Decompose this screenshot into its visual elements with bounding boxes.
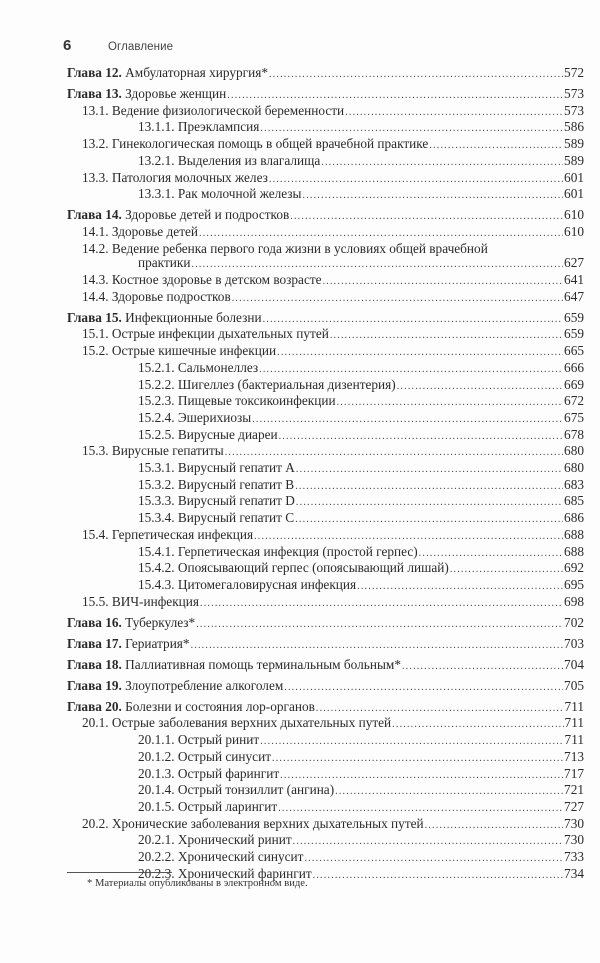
dot-leader	[260, 735, 563, 750]
toc-entry-title: 14.1. Здоровье детей	[82, 224, 198, 239]
toc-entry-title: 20.1.1. Острый ринит	[138, 732, 259, 747]
dot-leader	[199, 227, 563, 242]
chapter-label: Глава 15.	[67, 310, 122, 325]
toc-entry-page: 717	[564, 767, 584, 782]
toc-entry[interactable]: 14.1. Здоровье детей610	[67, 225, 584, 242]
toc-entry-title-wrap: 20.1.5. Острый ларингит	[138, 800, 277, 815]
toc-entry-page: 610	[564, 225, 584, 240]
toc-entry-title: Туберкулез*	[125, 615, 195, 630]
toc-entry-title: 15.4.3. Цитомегаловирусная инфекция	[138, 577, 356, 592]
toc-entry-title: 15.4.1. Герпетическая инфекция (простой …	[138, 544, 418, 559]
toc-entry-page: 610	[564, 208, 584, 223]
toc-entry-page: 711	[565, 700, 584, 715]
toc-entry-page: 572	[564, 66, 584, 81]
chapter-label: Глава 17.	[67, 636, 122, 651]
page-header: 6 Оглавление	[63, 37, 173, 53]
dot-leader	[279, 430, 563, 445]
dot-leader	[303, 189, 564, 204]
toc-entry-title-wrap: 13.2. Гинекологическая помощь в общей вр…	[82, 137, 428, 152]
dot-leader	[200, 597, 563, 612]
toc-entry-title-wrap: Глава 12. Амбулаторная хирургия*	[67, 66, 268, 81]
dot-leader	[304, 852, 563, 867]
toc-entry[interactable]: 15.2.3. Пищевые токсикоинфекции672	[67, 394, 584, 411]
toc-entry-page: 688	[564, 528, 584, 543]
toc-entry-title-wrap: 15.4.1. Герпетическая инфекция (простой …	[138, 545, 418, 560]
toc-entry-title: 14.3. Костное здоровье в детском возраст…	[82, 272, 322, 287]
dot-leader	[397, 380, 563, 395]
chapter-label: Глава 14.	[67, 207, 122, 222]
toc-entry-title: 15.2. Острые кишечные инфекции	[82, 343, 276, 358]
toc-entry-title-wrap: 15.4.3. Цитомегаловирусная инфекция	[138, 578, 356, 593]
toc-chapter[interactable]: Глава 16. Туберкулез*702	[67, 616, 584, 633]
toc-chapter[interactable]: Глава 15. Инфекционные болезни659	[67, 311, 584, 328]
toc-entry-title: 15.1. Острые инфекции дыхательных путей	[82, 326, 329, 341]
toc-chapter[interactable]: Глава 19. Злоупотребление алкоголем705	[67, 679, 584, 696]
toc-entry-title-wrap: 14.4. Здоровье подростков	[82, 290, 231, 305]
toc-entry-page: 733	[564, 850, 584, 865]
dot-leader	[313, 869, 563, 884]
toc-entry-title: 15.2.3. Пищевые токсикоинфекции	[138, 393, 336, 408]
toc-entry[interactable]: 13.3. Патология молочных желез601	[67, 171, 584, 188]
toc-entry[interactable]: 20.2.1. Хронический ринит730	[67, 833, 584, 850]
toc-entry-page: 666	[564, 361, 584, 376]
toc-entry-title-continuation: практики	[138, 256, 190, 271]
toc-entry[interactable]: 20.1.1. Острый ринит711	[67, 733, 584, 750]
toc-entry-page: 734	[564, 867, 584, 882]
chapter-label: Глава 16.	[67, 615, 122, 630]
toc-entry-page: 659	[564, 311, 584, 326]
toc-entry-title: 15.4.2. Опоясывающий герпес (опоясывающи…	[138, 560, 449, 575]
dot-leader	[402, 660, 563, 675]
dot-leader	[260, 122, 563, 137]
toc-entry-title: 14.4. Здоровье подростков	[82, 289, 231, 304]
toc-entry-title: 14.2. Ведение ребенка первого года жизни…	[82, 242, 488, 257]
dot-leader	[357, 580, 563, 595]
toc-entry-title-wrap: 20.1.1. Острый ринит	[138, 733, 259, 748]
toc-entry[interactable]: 20.2. Хронические заболевания верхних ды…	[67, 817, 584, 834]
toc-entry-page: 730	[564, 817, 584, 832]
toc-entry-title-wrap: Глава 16. Туберкулез*	[67, 616, 195, 631]
toc-entry-title-wrap: 20.1.2. Острый синусит	[138, 750, 271, 765]
toc-entry-page: 601	[564, 187, 584, 202]
toc-entry[interactable]: 15.2.4. Эшерихиозы675	[67, 411, 584, 428]
toc-entry[interactable]: 15.4.2. Опоясывающий герпес (опоясывающи…	[67, 561, 584, 578]
toc-chapter[interactable]: Глава 17. Гериатрия*703	[67, 637, 584, 654]
footnote-divider	[67, 872, 172, 873]
toc-entry-page: 573	[564, 87, 584, 102]
toc-entry-title-wrap: 13.3.1. Рак молочной железы	[138, 187, 302, 202]
toc-entry-page: 703	[564, 637, 584, 652]
dot-leader	[295, 480, 563, 495]
toc-entry-page: 680	[564, 444, 584, 459]
toc-entry-title-wrap: 15.2.2. Шигеллез (бактериальная дизентер…	[138, 378, 396, 393]
toc-entry-page: 680	[564, 461, 584, 476]
toc-entry-title: Здоровье женщин	[125, 86, 226, 101]
toc-entry-page: 702	[564, 616, 584, 631]
toc-entry-page: 672	[564, 394, 584, 409]
dot-leader	[345, 106, 563, 121]
dot-leader	[419, 547, 563, 562]
toc-entry-title: 13.1. Ведение физиологической беременнос…	[82, 103, 344, 118]
chapter-label: Глава 20.	[67, 699, 122, 714]
toc-entry-title-wrap: 15.3.1. Вирусный гепатит A	[138, 461, 295, 476]
toc-entry-title: 15.3.4. Вирусный гепатит C	[138, 510, 294, 525]
dot-leader	[269, 173, 563, 188]
toc-entry-title-wrap: 20.1. Острые заболевания верхних дыхател…	[82, 716, 391, 731]
toc-entry-title-wrap: 15.1. Острые инфекции дыхательных путей	[82, 327, 329, 342]
toc-entry-title-wrap: 13.2.1. Выделения из влагалища	[138, 154, 320, 169]
toc-entry-title-wrap: Глава 18. Паллиативная помощь терминальн…	[67, 658, 401, 673]
dot-leader	[296, 496, 563, 511]
toc-entry-title: 20.2.1. Хронический ринит	[138, 832, 292, 847]
toc-entry[interactable]: 15.2.5. Вирусные диареи678	[67, 428, 584, 445]
toc-entry-page: 641	[564, 273, 584, 288]
dot-leader	[293, 835, 563, 850]
toc-entry-title-wrap: 13.1. Ведение физиологической беременнос…	[82, 104, 344, 119]
toc-entry-title: Здоровье детей и подростков	[125, 207, 289, 222]
dot-leader	[392, 718, 563, 733]
toc-entry-page: 730	[564, 833, 584, 848]
running-title: Оглавление	[108, 41, 173, 53]
toc-entry-page: 601	[564, 171, 584, 186]
toc-entry-page: 573	[564, 104, 584, 119]
toc-entry[interactable]: 13.1. Ведение физиологической беременнос…	[67, 104, 584, 121]
toc-entry[interactable]: 20.1.2. Острый синусит713	[67, 750, 584, 767]
toc-entry-title-wrap: 15.3.2. Вирусный гепатит B	[138, 478, 294, 493]
toc-entry-title-wrap: 20.1.3. Острый фарингит	[138, 767, 279, 782]
dot-leader	[450, 563, 563, 578]
toc-entry-title-wrap: Глава 15. Инфекционные болезни	[67, 311, 262, 326]
dot-leader	[429, 139, 563, 154]
dot-leader	[263, 313, 563, 328]
toc-entry-title: 13.2.1. Выделения из влагалища	[138, 153, 320, 168]
toc-entry-title-wrap: Глава 19. Злоупотребление алкоголем	[67, 679, 283, 694]
toc-chapter[interactable]: Глава 18. Паллиативная помощь терминальн…	[67, 658, 584, 675]
toc-entry-page: 692	[564, 561, 584, 576]
toc-entry-title-wrap: 15.2.4. Эшерихиозы	[138, 411, 251, 426]
toc-entry-title: 13.2. Гинекологическая помощь в общей вр…	[82, 136, 428, 151]
toc-entry-page: 659	[564, 327, 584, 342]
toc-entry-title-wrap: 15.3.3. Вирусный гепатит D	[138, 494, 295, 509]
toc-entry[interactable]: 13.2.1. Выделения из влагалища589	[67, 154, 584, 171]
toc-entry-title: Амбулаторная хирургия*	[125, 65, 268, 80]
toc-entry-title: 13.3. Патология молочных желез	[82, 170, 268, 185]
footnote: * Материалы опубликованы в электронном в…	[87, 878, 308, 889]
toc-entry-title: 15.3.1. Вирусный гепатит A	[138, 460, 295, 475]
toc-chapter[interactable]: Глава 14. Здоровье детей и подростков610	[67, 208, 584, 225]
toc-entry-page: 688	[564, 545, 584, 560]
chapter-label: Глава 18.	[67, 657, 122, 672]
dot-leader	[290, 210, 563, 225]
toc-entry[interactable]: 20.1.3. Острый фарингит717	[67, 767, 584, 784]
toc-entry-page: 683	[564, 478, 584, 493]
toc-entry[interactable]: 15.1. Острые инфекции дыхательных путей6…	[67, 327, 584, 344]
toc-entry-title-wrap: 20.2. Хронические заболевания верхних ды…	[82, 817, 424, 832]
toc-entry[interactable]: 15.3. Вирусные гепатиты680	[67, 444, 584, 461]
toc-entry-title: Паллиативная помощь терминальным больным…	[125, 657, 401, 672]
toc-entry[interactable]: 14.3. Костное здоровье в детском возраст…	[67, 273, 584, 290]
toc-entry-title-wrap: 20.2.1. Хронический ринит	[138, 833, 292, 848]
dot-leader	[227, 89, 563, 104]
toc-entry-title: 20.2. Хронические заболевания верхних ды…	[82, 816, 424, 831]
toc-entry-title-wrap: 15.2. Острые кишечные инфекции	[82, 344, 276, 359]
dot-leader	[225, 446, 563, 461]
toc-entry-continuation[interactable]: практики627	[67, 256, 584, 273]
dot-leader	[196, 618, 563, 633]
dot-leader	[337, 396, 563, 411]
toc-entry-title-wrap: 20.1.4. Острый тонзиллит (ангина)	[138, 783, 334, 798]
toc-entry-page: 704	[564, 658, 584, 673]
toc-chapter[interactable]: Глава 20. Болезни и состояния лор-органо…	[67, 700, 584, 717]
toc-entry-title: 15.2.4. Эшерихиозы	[138, 410, 251, 425]
dot-leader	[295, 513, 563, 528]
dot-leader	[335, 785, 563, 800]
toc-entry-title: 15.2.5. Вирусные диареи	[138, 427, 278, 442]
toc-entry-title-wrap: 15.4.2. Опоясывающий герпес (опоясывающи…	[138, 561, 449, 576]
dot-leader	[269, 68, 563, 83]
toc-entry[interactable]: 15.3.3. Вирусный гепатит D685	[67, 494, 584, 511]
toc-entry-title: 13.1.1. Преэклампсия	[138, 119, 259, 134]
toc-entry-title: 15.3.3. Вирусный гепатит D	[138, 493, 295, 508]
toc-entry-title: 15.2.2. Шигеллез (бактериальная дизентер…	[138, 377, 396, 392]
dot-leader	[330, 329, 563, 344]
toc-entry-title-wrap: 15.3.4. Вирусный гепатит C	[138, 511, 294, 526]
toc-entry-title-wrap: 15.2.1. Сальмонеллез	[138, 361, 258, 376]
toc-entry-title-wrap: 14.3. Костное здоровье в детском возраст…	[82, 273, 322, 288]
table-of-contents: Глава 12. Амбулаторная хирургия*572Глава…	[67, 66, 584, 883]
toc-entry-title-wrap: Глава 20. Болезни и состояния лор-органо…	[67, 700, 315, 715]
toc-entry-title-wrap: 14.1. Здоровье детей	[82, 225, 198, 240]
toc-entry-page: 711	[565, 716, 584, 731]
toc-entry-title-wrap: 13.1.1. Преэклампсия	[138, 120, 259, 135]
toc-entry-title: 13.3.1. Рак молочной железы	[138, 186, 302, 201]
dot-leader	[280, 769, 563, 784]
toc-entry-page: 678	[564, 428, 584, 443]
toc-entry-page: 647	[564, 290, 584, 305]
toc-entry-page: 698	[564, 595, 584, 610]
toc-entry-page: 589	[564, 137, 584, 152]
toc-entry-page: 705	[564, 679, 584, 694]
toc-entry-title-wrap: 13.3. Патология молочных желез	[82, 171, 268, 186]
toc-entry[interactable]: 20.2.2. Хронический синусит733	[67, 850, 584, 867]
chapter-label: Глава 13.	[67, 86, 122, 101]
toc-entry-title-wrap: 15.3. Вирусные гепатиты	[82, 444, 224, 459]
dot-leader	[321, 156, 563, 171]
toc-entry-page: 665	[564, 344, 584, 359]
toc-entry-title: 20.1.2. Острый синусит	[138, 749, 271, 764]
dot-leader	[278, 802, 563, 817]
toc-entry[interactable]: 20.1. Острые заболевания верхних дыхател…	[67, 716, 584, 733]
toc-entry[interactable]: 13.2. Гинекологическая помощь в общей вр…	[67, 137, 584, 154]
dot-leader	[232, 292, 563, 307]
dot-leader	[259, 363, 563, 378]
toc-entry-title: 15.5. ВИЧ-инфекция	[82, 594, 199, 609]
toc-entry-page: 685	[564, 494, 584, 509]
toc-entry[interactable]: 14.4. Здоровье подростков647	[67, 290, 584, 307]
dot-leader	[252, 413, 563, 428]
dot-leader	[277, 346, 563, 361]
toc-entry-title: 15.2.1. Сальмонеллез	[138, 360, 258, 375]
dot-leader	[425, 819, 563, 834]
toc-entry-title: Гериатрия*	[125, 636, 189, 651]
toc-entry[interactable]: 15.4.1. Герпетическая инфекция (простой …	[67, 545, 584, 562]
toc-chapter[interactable]: Глава 13. Здоровье женщин573	[67, 87, 584, 104]
toc-entry-title: 15.4. Герпетическая инфекция	[82, 527, 253, 542]
toc-entry[interactable]: 15.3.1. Вирусный гепатит A680	[67, 461, 584, 478]
dot-leader	[316, 702, 564, 717]
toc-entry-title: Инфекционные болезни	[125, 310, 261, 325]
toc-entry-title: 20.1. Острые заболевания верхних дыхател…	[82, 715, 391, 730]
toc-entry-title-wrap: 20.2.2. Хронический синусит	[138, 850, 303, 865]
toc-entry[interactable]: 15.5. ВИЧ-инфекция698	[67, 595, 584, 612]
page-number: 6	[63, 37, 108, 54]
toc-entry[interactable]: 15.2.1. Сальмонеллез666	[67, 361, 584, 378]
toc-entry-title: Злоупотребление алкоголем	[125, 678, 283, 693]
toc-entry-page: 695	[564, 578, 584, 593]
chapter-label: Глава 19.	[67, 678, 122, 693]
dot-leader	[296, 463, 563, 478]
toc-entry-title: 20.1.4. Острый тонзиллит (ангина)	[138, 782, 334, 797]
toc-entry[interactable]: 15.4.3. Цитомегаловирусная инфекция695	[67, 578, 584, 595]
dot-leader	[272, 752, 563, 767]
toc-entry[interactable]: 15.3.4. Вирусный гепатит C686	[67, 511, 584, 528]
toc-chapter[interactable]: Глава 12. Амбулаторная хирургия*572	[67, 66, 584, 83]
dot-leader	[284, 681, 563, 696]
toc-entry-title-wrap: Глава 14. Здоровье детей и подростков	[67, 208, 289, 223]
toc-entry-page: 721	[564, 783, 584, 798]
toc-entry-page: 675	[564, 411, 584, 426]
toc-entry-page: 627	[564, 256, 584, 271]
dot-leader	[323, 275, 563, 290]
toc-entry[interactable]: 20.1.4. Острый тонзиллит (ангина)721	[67, 783, 584, 800]
toc-entry-page: 686	[564, 511, 584, 526]
dot-leader	[254, 530, 563, 545]
toc-entry-title-wrap: Глава 17. Гериатрия*	[67, 637, 190, 652]
dot-leader	[191, 258, 563, 273]
toc-entry-title: 20.1.3. Острый фарингит	[138, 766, 279, 781]
toc-entry[interactable]: 15.4. Герпетическая инфекция688	[67, 528, 584, 545]
toc-entry-page: 586	[564, 120, 584, 135]
toc-entry[interactable]: 13.3.1. Рак молочной железы601	[67, 187, 584, 204]
toc-entry-page: 669	[564, 378, 584, 393]
toc-entry[interactable]: 13.1.1. Преэклампсия586	[67, 120, 584, 137]
toc-entry[interactable]: 14.2. Ведение ребенка первого года жизни…	[67, 242, 584, 257]
toc-entry[interactable]: 15.2.2. Шигеллез (бактериальная дизентер…	[67, 378, 584, 395]
toc-entry-title: 15.3.2. Вирусный гепатит B	[138, 477, 294, 492]
toc-entry-page: 711	[565, 733, 584, 748]
toc-entry[interactable]: 15.3.2. Вирусный гепатит B683	[67, 478, 584, 495]
toc-entry-title-wrap: 15.2.3. Пищевые токсикоинфекции	[138, 394, 336, 409]
toc-entry[interactable]: 20.1.5. Острый ларингит727	[67, 800, 584, 817]
toc-entry-title-wrap: Глава 13. Здоровье женщин	[67, 87, 226, 102]
toc-entry-page: 727	[564, 800, 584, 815]
toc-entry-page: 713	[564, 750, 584, 765]
toc-entry-title: 15.3. Вирусные гепатиты	[82, 443, 224, 458]
toc-entry[interactable]: 15.2. Острые кишечные инфекции665	[67, 344, 584, 361]
toc-entry-title: Болезни и состояния лор-органов	[125, 699, 315, 714]
toc-entry-title-wrap: 15.5. ВИЧ-инфекция	[82, 595, 199, 610]
dot-leader	[191, 639, 563, 654]
chapter-label: Глава 12.	[67, 65, 122, 80]
toc-entry-page: 589	[564, 154, 584, 169]
toc-entry-title-wrap: 15.4. Герпетическая инфекция	[82, 528, 253, 543]
toc-entry-title-wrap: 15.2.5. Вирусные диареи	[138, 428, 278, 443]
toc-entry-title: 20.2.2. Хронический синусит	[138, 849, 303, 864]
toc-entry-title: 20.1.5. Острый ларингит	[138, 799, 277, 814]
